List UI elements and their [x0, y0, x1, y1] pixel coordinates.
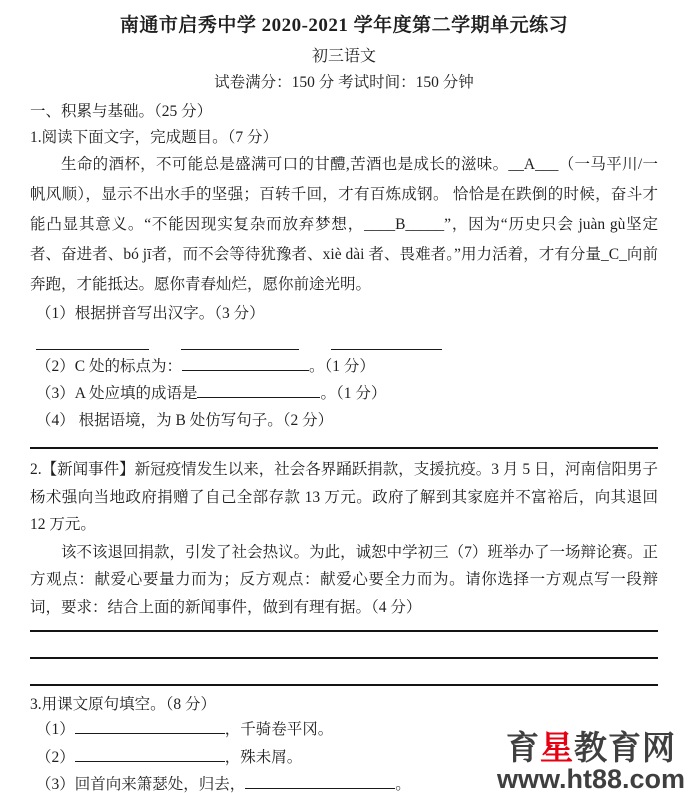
section1-heading: 一、积累与基础。（25 分）	[30, 102, 658, 122]
question2-paragraph-news: 2.【新闻事件】新冠疫情发生以来，社会各界踊跃捐款，支援抗疫。3 月 5 日，河…	[30, 456, 658, 539]
question1-passage: 生命的酒杯，不可能总是盛满可口的甘醴,苦酒也是成长的滋味。__A___（一马平川…	[30, 150, 658, 300]
answer-blank	[331, 327, 442, 350]
item1-label: （1）	[36, 721, 75, 738]
item2-text: ，殊未屑。	[225, 749, 303, 766]
brand-part1: 育	[506, 729, 540, 766]
answer-blank	[245, 773, 395, 789]
sub2-text-post: 。（1 分）	[309, 358, 375, 375]
pinyin-answer-blanks	[30, 327, 658, 353]
watermark-url: www.ht88.com	[497, 766, 685, 793]
question2-paragraph-task: 该不该退回捐款，引发了社会热议。为此，诚恕中学初三（7）班举办了一场辩论赛。正方…	[30, 539, 658, 622]
answer-blank	[36, 327, 149, 350]
sub2-text-pre: （2）C 处的标点为：	[36, 358, 182, 375]
answer-blank	[75, 718, 225, 734]
answer-line	[30, 621, 658, 632]
item3-text-post: 。	[395, 776, 411, 793]
answer-line	[30, 659, 658, 686]
question1-sub1: （1）根据拼音写出汉字。（3 分）	[30, 300, 658, 327]
answer-line	[30, 434, 658, 449]
question1-sub2: （2）C 处的标点为：。（1 分）	[30, 353, 658, 380]
exam-paper-page: 南通市启秀中学 2020-2021 学年度第二学期单元练习 初三语文 试卷满分：…	[0, 0, 690, 793]
question3-stem: 3.用课文原句填空。（8 分）	[30, 694, 658, 716]
sub3-text-pre: （3）A 处应填的成语是	[36, 385, 197, 402]
brand-red-char: 星	[540, 729, 574, 766]
exam-info: 试卷满分：150 分 考试时间：150 分钟	[30, 73, 658, 93]
answer-blank	[75, 746, 225, 762]
question1-sub3: （3）A 处应填的成语是。（1 分）	[30, 380, 658, 407]
answer-blank	[181, 327, 299, 350]
page-title: 南通市启秀中学 2020-2021 学年度第二学期单元练习	[30, 14, 658, 38]
watermark-logo: 育星教育网 www.ht88.com	[497, 731, 685, 793]
question1-sub4: （4） 根据语境，为 B 处仿写句子。（2 分）	[30, 407, 658, 434]
watermark-brand: 育星教育网	[497, 731, 685, 764]
answer-blank	[197, 382, 320, 398]
item2-label: （2）	[36, 749, 75, 766]
question1-stem: 1.阅读下面文字，完成题目。（7 分）	[30, 128, 658, 148]
item1-text: ，千骑卷平冈。	[225, 721, 334, 738]
brand-part2: 教育网	[574, 729, 676, 766]
answer-line	[30, 632, 658, 659]
item3-text-pre: （3）回首向来箫瑟处，归去，	[36, 776, 245, 793]
answer-blank	[182, 355, 309, 371]
subject-title: 初三语文	[30, 47, 658, 67]
sub3-text-post: 。（1 分）	[320, 385, 386, 402]
